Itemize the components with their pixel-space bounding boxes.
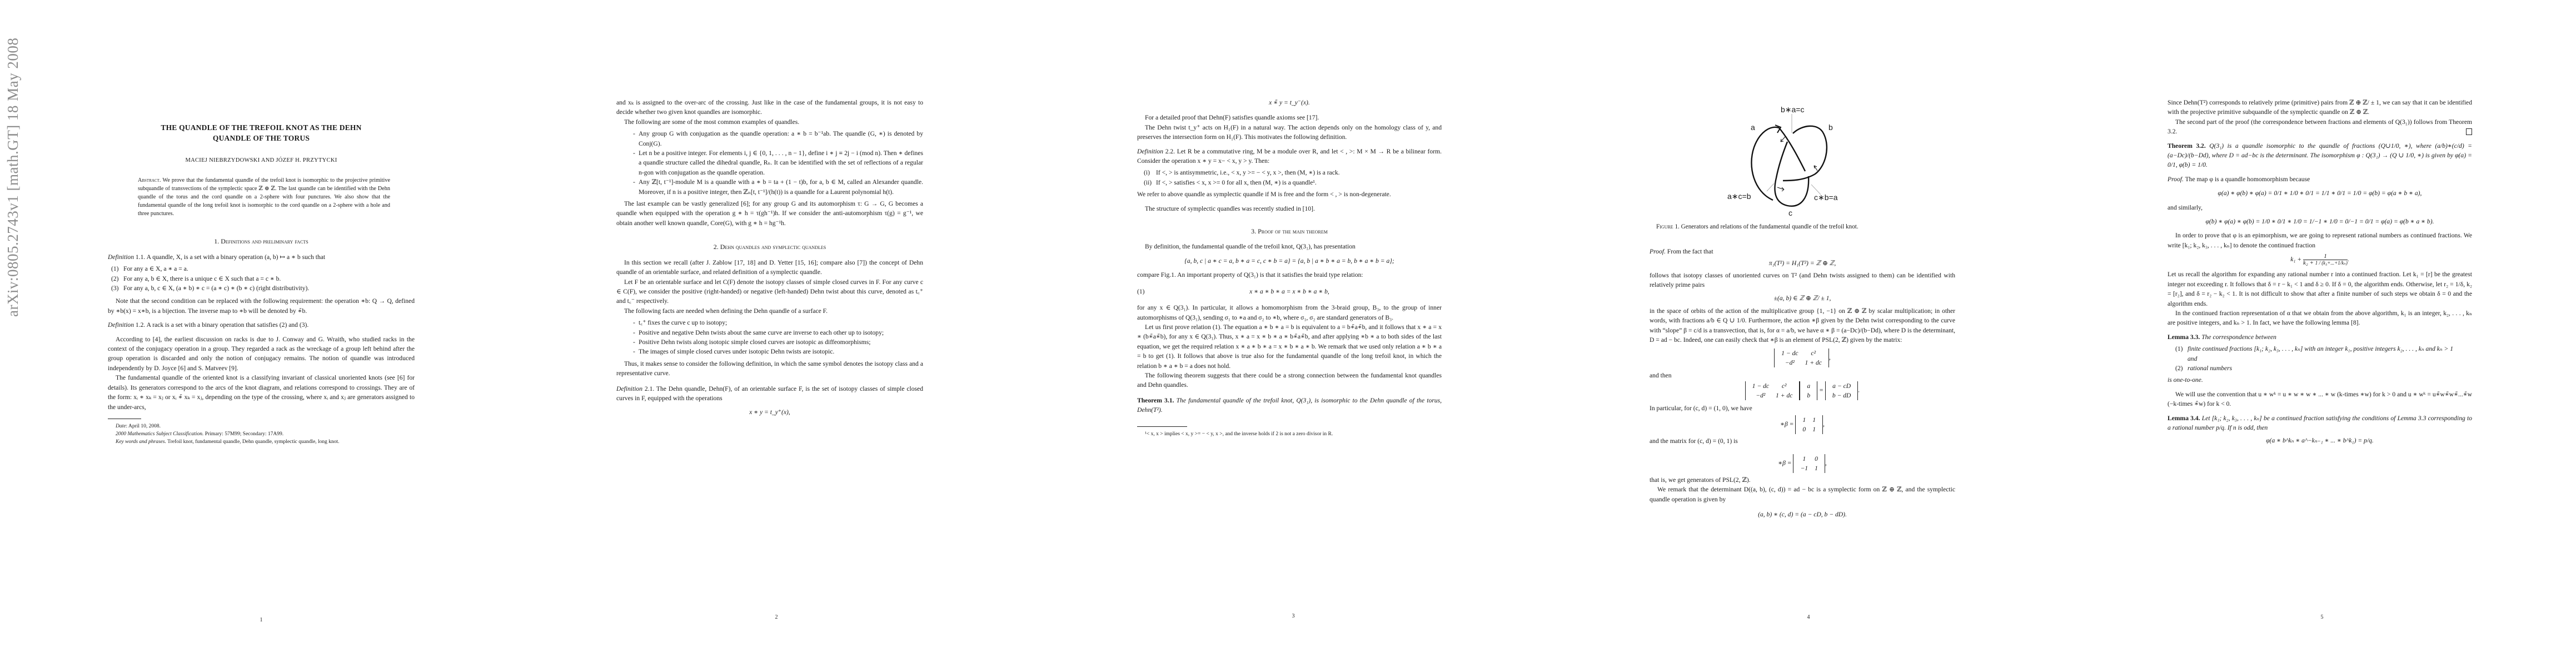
matrix-product: 1 − dcc² −d²1 + dc a b = a − cD b − dD .: [1650, 381, 1955, 400]
section-3-heading: 3. Proof of the main theorem: [1137, 227, 1442, 236]
paragraph: The following theorem suggests that ther…: [1137, 371, 1442, 390]
lemma-item: (2)rational numbers: [2188, 364, 2472, 373]
equation-dehn-plus: x ∗ y = t_y⁺(x),: [616, 407, 923, 417]
paragraph: The Dehn twist t_y⁺ acts on H₁(F) in a n…: [1137, 123, 1442, 142]
equation-1: (1) x ∗ a ∗ b ∗ a = x ∗ b ∗ a ∗ b,: [1137, 287, 1442, 296]
paragraph: and similarly,: [2168, 203, 2472, 212]
example-item: Let n be a positive integer. For element…: [639, 148, 923, 177]
page-4-column: Proof. From the fact that π₁(T²) = H₁(T²…: [1650, 247, 1955, 525]
page-5-column: Since Dehn(T²) corresponds to relatively…: [2168, 98, 2472, 449]
label-a-star-c-eq-b: a∗c=b: [1727, 192, 1751, 201]
paragraph: and then: [1650, 371, 1955, 380]
section-1-heading: 1. Definitions and preliminary facts: [108, 237, 415, 246]
paragraph: Thus, it makes sense to consider the fol…: [616, 359, 923, 379]
paragraph: Since Dehn(T²) corresponds to relatively…: [2168, 98, 2472, 117]
axiom-item: (1)For any a ∈ X, a ∗ a = a.: [123, 264, 415, 273]
lemma-3-3: Lemma 3.3. The correspondence between: [2168, 332, 2472, 342]
paper-title: THE QUANDLE OF THE TREFOIL KNOT AS THE D…: [108, 122, 415, 143]
paragraph: For a detailed proof that Dehn(F) satisf…: [1137, 113, 1442, 122]
definition-1-2: Definition 1.2. A rack is a set with a b…: [108, 320, 415, 330]
lemma-item: (1)finite continued fractions [k₁; k₂, k…: [2188, 344, 2472, 354]
lemma-3-4: Lemma 3.4. Let [k₁; k₂, k₃, . . . , kₙ] …: [2168, 414, 2472, 433]
paragraph: for any x ∈ Q(3₁). In particular, it all…: [1137, 303, 1442, 322]
qed-symbol: [2466, 128, 2472, 135]
proof-start: Proof. From the fact that: [1650, 247, 1955, 256]
label-b: b: [1828, 123, 1833, 132]
lemma-3-3-list: (1)finite continued fractions [k₁; k₂, k…: [2168, 344, 2472, 373]
trefoil-knot-figure: b∗a=c a b c a∗c=b c∗b=a: [1737, 114, 1848, 211]
equation-presentation: {a, b, c | a ∗ c = a, b ∗ a = c, c ∗ b =…: [1137, 256, 1442, 266]
page-number: 3: [1282, 613, 1304, 619]
paragraph: The following are some of the most commo…: [616, 117, 923, 127]
paragraph: The structure of symplectic quandles was…: [1137, 204, 1442, 213]
label-c: c: [1788, 208, 1792, 217]
theorem-3-2: Theorem 3.2. Q(3₁) is a quandle isomorph…: [2168, 141, 2472, 170]
fact-item: Positive Dehn twists along isotopic simp…: [639, 337, 923, 347]
equation-homomorphism-2: φ(b) ∗ φ(a) ∗ φ(b) = 1/0 ∗ 0/1 ∗ 1/0 = 1…: [2168, 217, 2472, 226]
paragraph: is one-to-one.: [2168, 375, 2472, 385]
paragraph: In order to prove that φ is an epimorphi…: [2168, 231, 2472, 250]
axiom-item: (2)For any a, b ∈ X, there is a unique c…: [123, 274, 415, 283]
theorem-3-1: Theorem 3.1. The fundamental quandle of …: [1137, 396, 1442, 415]
fact-item: The images of simple closed curves under…: [639, 347, 923, 356]
paragraph: and xₖ is assigned to the over-arc of th…: [616, 98, 923, 117]
equation-homomorphism-1: φ(a) ∗ φ(b) ∗ φ(a) = 0/1 ∗ 1/0 ∗ 0/1 = 1…: [2168, 188, 2472, 198]
paragraph: The last example can be vastly generaliz…: [616, 199, 923, 228]
equation-pairs: ±(a, b) ∈ ℤ ⊕ ℤ/ ± 1,: [1650, 293, 1955, 303]
page-4: b∗a=c a b c a∗c=b c∗b=a Figure 1. Genera…: [1546, 0, 2061, 667]
matrix-generator-1: ∗β = 11 01 ,: [1650, 415, 1955, 434]
proof-start: Proof. The map φ is a quandle homomorphi…: [2168, 175, 2472, 184]
page-1-column: THE QUANDLE OF THE TREFOIL KNOT AS THE D…: [108, 122, 415, 446]
matrix-transvection: 1 − dcc² −d²1 + dc ,: [1650, 349, 1955, 367]
paragraph: and the matrix for (c, d) = (0, 1) is: [1650, 436, 1955, 446]
equation-pi1: π₁(T²) = H₁(T²) = ℤ ⊕ ℤ,: [1650, 258, 1955, 268]
footnote-rule: [1137, 426, 1187, 427]
paragraph: in the space of orbits of the action of …: [1650, 306, 1955, 345]
page-2: and xₖ is assigned to the over-arc of th…: [515, 0, 1030, 667]
paragraph: Note that the second condition can be re…: [108, 296, 415, 316]
axiom-item: (3)For any a, b, c ∈ X, (a ∗ b) ∗ c = (a…: [123, 283, 415, 293]
page-5: Since Dehn(T²) corresponds to relatively…: [2061, 0, 2576, 667]
authors: MACIEJ NIEBRZYDOWSKI AND JÓZEF H. PRZYTY…: [108, 156, 415, 165]
examples-list: Any group G with conjugation as the quan…: [616, 129, 923, 197]
paragraph: The following facts are needed when defi…: [616, 306, 923, 316]
figure-caption: Figure 1. Generators and relations of th…: [1654, 222, 1901, 232]
equation-lemma-3-4: φ(a ∗ b^kₙ ∗ a^−kₙ₋₁ ∗ ... ∗ b^k₁) = p/q…: [2168, 436, 2472, 445]
definition-1-1: Definition 1.1. A quandle, X, is a set w…: [108, 252, 415, 262]
section-2-heading: 2. Dehn quandles and symplectic quandles: [616, 242, 923, 252]
paragraph: that is, we get generators of PSL(2, ℤ).: [1650, 475, 1955, 485]
paragraph: According to [4], the earliest discussio…: [108, 335, 415, 374]
label-a: a: [1751, 123, 1755, 132]
equation-number: (1): [1137, 287, 1145, 296]
page-number: 5: [2311, 614, 2333, 620]
fact-item: t꜀⁺ fixes the curve c up to isotopy;: [639, 318, 923, 327]
paragraph: We remark that the determinant D((a, b),…: [1650, 485, 1955, 504]
rack-conditions-list: (i)If <, > is antisymmetric, i.e., < x, …: [1137, 168, 1442, 187]
fact-item: Positive and negative Dehn twists about …: [639, 328, 923, 337]
page-number: 1: [250, 617, 272, 623]
page-number: 4: [1797, 614, 1820, 620]
example-item: Any ℤ[t, t⁻¹]-module M is a quandle with…: [639, 177, 923, 197]
abstract: Abstract. We prove that the fundamental …: [138, 176, 390, 218]
paragraph: follows that isotopy classes of unorient…: [1650, 271, 1955, 290]
page-3-column: x ∗̄ y = t_y⁻(x). For a detailed proof t…: [1137, 98, 1442, 438]
equation-symplectic-operation: (a, b) ∗ (c, d) = (a − cD, b − dD).: [1650, 510, 1955, 519]
footnote-rule: [108, 419, 141, 419]
label-b-star-a-eq-c: b∗a=c: [1781, 105, 1804, 115]
facts-list: t꜀⁺ fixes the curve c up to isotopy; Pos…: [616, 318, 923, 357]
lemma-item: and: [2188, 354, 2472, 364]
paragraph: By definition, the fundamental quandle o…: [1137, 242, 1442, 251]
condition-item: (i)If <, > is antisymmetric, i.e., < x, …: [1156, 168, 1442, 177]
example-item: Any group G with conjugation as the quan…: [639, 129, 923, 148]
paragraph: The fundamental quandle of the oriented …: [108, 373, 415, 412]
paragraph: We will use the convention that u ∗ wᵏ =…: [2168, 390, 2472, 409]
condition-item: (ii)If <, > satisfies < x, x >= 0 for al…: [1156, 178, 1442, 187]
page-2-column: and xₖ is assigned to the over-arc of th…: [616, 98, 923, 422]
paragraph: In this section we recall (after J. Zabl…: [616, 258, 923, 277]
paragraph: The second part of the proof (the corres…: [2168, 117, 2472, 137]
paragraph: In particular, for (c, d) = (1, 0), we h…: [1650, 404, 1955, 413]
footnotes: Date: April 10, 2008. 2000 Mathematics S…: [108, 422, 415, 446]
page-1: THE QUANDLE OF THE TREFOIL KNOT AS THE D…: [0, 0, 515, 667]
page-number: 2: [765, 614, 788, 620]
definition-2-2: Definition 2.2. Let R be a commutative r…: [1137, 147, 1442, 166]
equation-dehn-minus: x ∗̄ y = t_y⁻(x).: [1137, 98, 1442, 107]
label-c-star-b-eq-a: c∗b=a: [1814, 193, 1837, 202]
paragraph: Let us first prove relation (1). The equ…: [1137, 322, 1442, 371]
matrix-generator-2: ∗β = 10 −11 ,: [1650, 454, 1955, 473]
page-3: x ∗̄ y = t_y⁻(x). For a detailed proof t…: [1030, 0, 1546, 667]
definition-2-1: Definition 2.1. The Dehn quandle, Dehn(F…: [616, 384, 923, 404]
quandle-axioms-list: (1)For any a ∈ X, a ∗ a = a. (2)For any …: [108, 264, 415, 293]
continued-fraction: k₁ + 1k₂ + 1 / (k₃+...+1/kₙ).: [2168, 253, 2472, 266]
paragraph: compare Fig.1. An important property of …: [1137, 270, 1442, 280]
paragraph: We refer to above quandle as symplectic …: [1137, 190, 1442, 199]
paragraph: Let F be an orientable surface and let C…: [616, 277, 923, 306]
paragraph: In the continued fraction representation…: [2168, 308, 2472, 328]
footnote: ¹< x, x > implies < x, y >= − < y, x >, …: [1137, 430, 1442, 438]
paragraph: Let us recall the algorithm for expandin…: [2168, 270, 2472, 308]
